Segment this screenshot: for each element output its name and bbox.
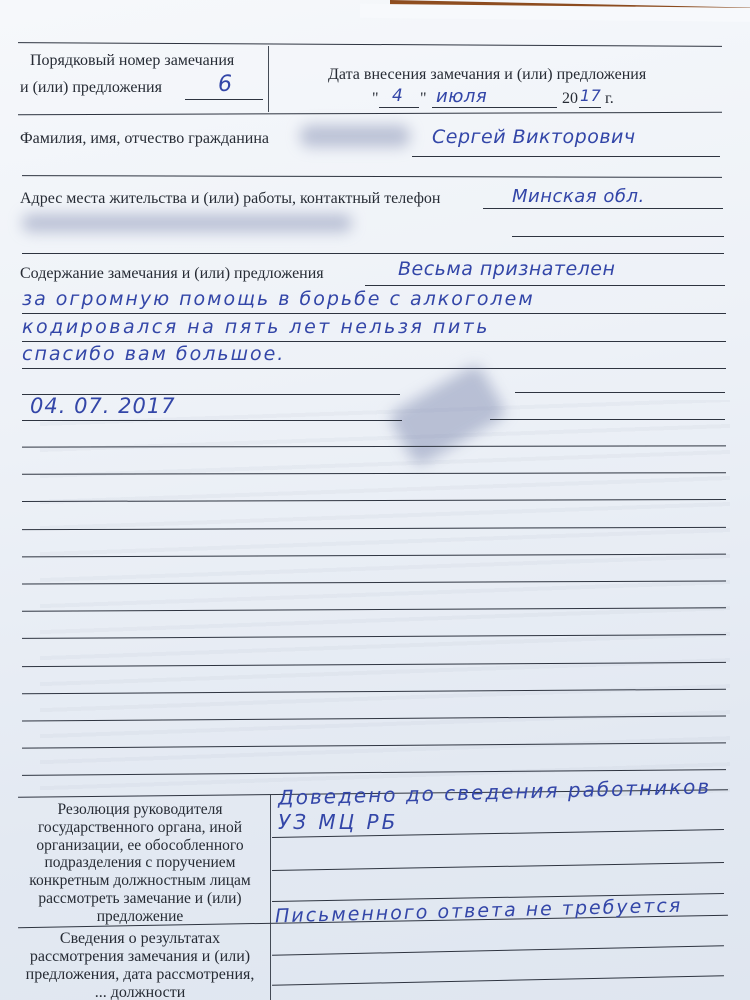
results-rule-2	[272, 975, 724, 985]
redacted-signature	[387, 363, 508, 467]
date-label: Дата внесения замечания и (или) предложе…	[328, 66, 646, 84]
content-label: Содержание замечания и (или) предложения	[20, 265, 324, 283]
date-year-suffix[interactable]: 17	[580, 86, 601, 105]
header-bottom-rule	[18, 112, 722, 115]
name-value[interactable]: Сергей Викторович	[432, 126, 636, 148]
content-line-3[interactable]: кодировался на пять лет нельзя пить	[22, 316, 490, 338]
page-edge	[360, 4, 750, 22]
resolution-rule-2	[272, 862, 724, 871]
ruled-line	[22, 689, 726, 695]
address-value[interactable]: Минская обл.	[512, 186, 645, 207]
ruled-line	[22, 526, 726, 529]
date-day[interactable]: 4	[392, 86, 403, 106]
redacted-surname	[300, 125, 410, 147]
content-line-1[interactable]: Весьма признателен	[398, 258, 615, 280]
ruled-line	[22, 743, 726, 749]
content-date[interactable]: 04. 07. 2017	[30, 394, 176, 418]
signature-rule	[515, 392, 725, 393]
serial-label-line2: и (или) предложения	[20, 79, 162, 97]
content-rule-3	[22, 368, 726, 369]
address-label: Адрес места жительства и (или) работы, к…	[20, 190, 441, 208]
content-line-4[interactable]: спасибо вам большое.	[22, 343, 285, 365]
ruled-line	[22, 553, 726, 557]
date-year-unit: г.	[605, 90, 614, 108]
ruled-line	[22, 445, 726, 447]
ruled-line	[22, 580, 726, 584]
content-rule-5a	[22, 420, 402, 421]
redacted-address	[22, 214, 352, 232]
content-rule-1	[22, 313, 726, 314]
header-top-rule	[18, 42, 722, 47]
serial-label-line1: Порядковый номер замечания	[30, 52, 234, 70]
ruled-line	[22, 662, 726, 667]
name-rule-2	[22, 175, 722, 178]
results-label: Сведения о результатах рассмотрения заме…	[20, 930, 260, 1000]
date-day-underline	[379, 107, 419, 108]
content-rule-5b	[490, 419, 725, 420]
address-rule-2	[512, 236, 724, 237]
ruled-line	[22, 499, 726, 502]
address-rule-3	[22, 253, 724, 254]
date-month-underline	[432, 107, 557, 108]
ruled-line	[22, 607, 726, 611]
address-underline	[483, 208, 723, 209]
content-line-2[interactable]: за огромную помощь в борьбе с алкоголем	[22, 288, 535, 310]
date-year-underline	[579, 107, 601, 108]
date-month[interactable]: июля	[436, 86, 487, 107]
name-underline	[412, 156, 720, 157]
date-quote-close: "	[420, 90, 427, 108]
content-rule-2	[22, 341, 726, 342]
results-rule-1	[272, 945, 724, 955]
ruled-line	[22, 770, 726, 777]
name-label: Фамилия, имя, отчество гражданина	[20, 130, 269, 148]
resolution-line-1[interactable]: Доведено до сведения работников	[278, 774, 712, 809]
serial-underline	[185, 99, 263, 100]
ruled-line	[22, 634, 726, 639]
bleed-through-text	[40, 400, 730, 800]
ruled-line	[22, 716, 726, 722]
resolution-line-2[interactable]: УЗ МЦ РБ	[278, 810, 398, 834]
serial-value[interactable]: 6	[218, 72, 233, 97]
content-rule-0	[365, 285, 725, 286]
header-divider	[268, 46, 269, 112]
date-year-prefix: 20	[562, 90, 578, 108]
date-quote-open: "	[372, 90, 379, 108]
resolution-divider	[270, 795, 271, 1000]
resolution-label: Резолюция руководителя государственного …	[12, 801, 268, 926]
ruled-line	[22, 472, 726, 475]
